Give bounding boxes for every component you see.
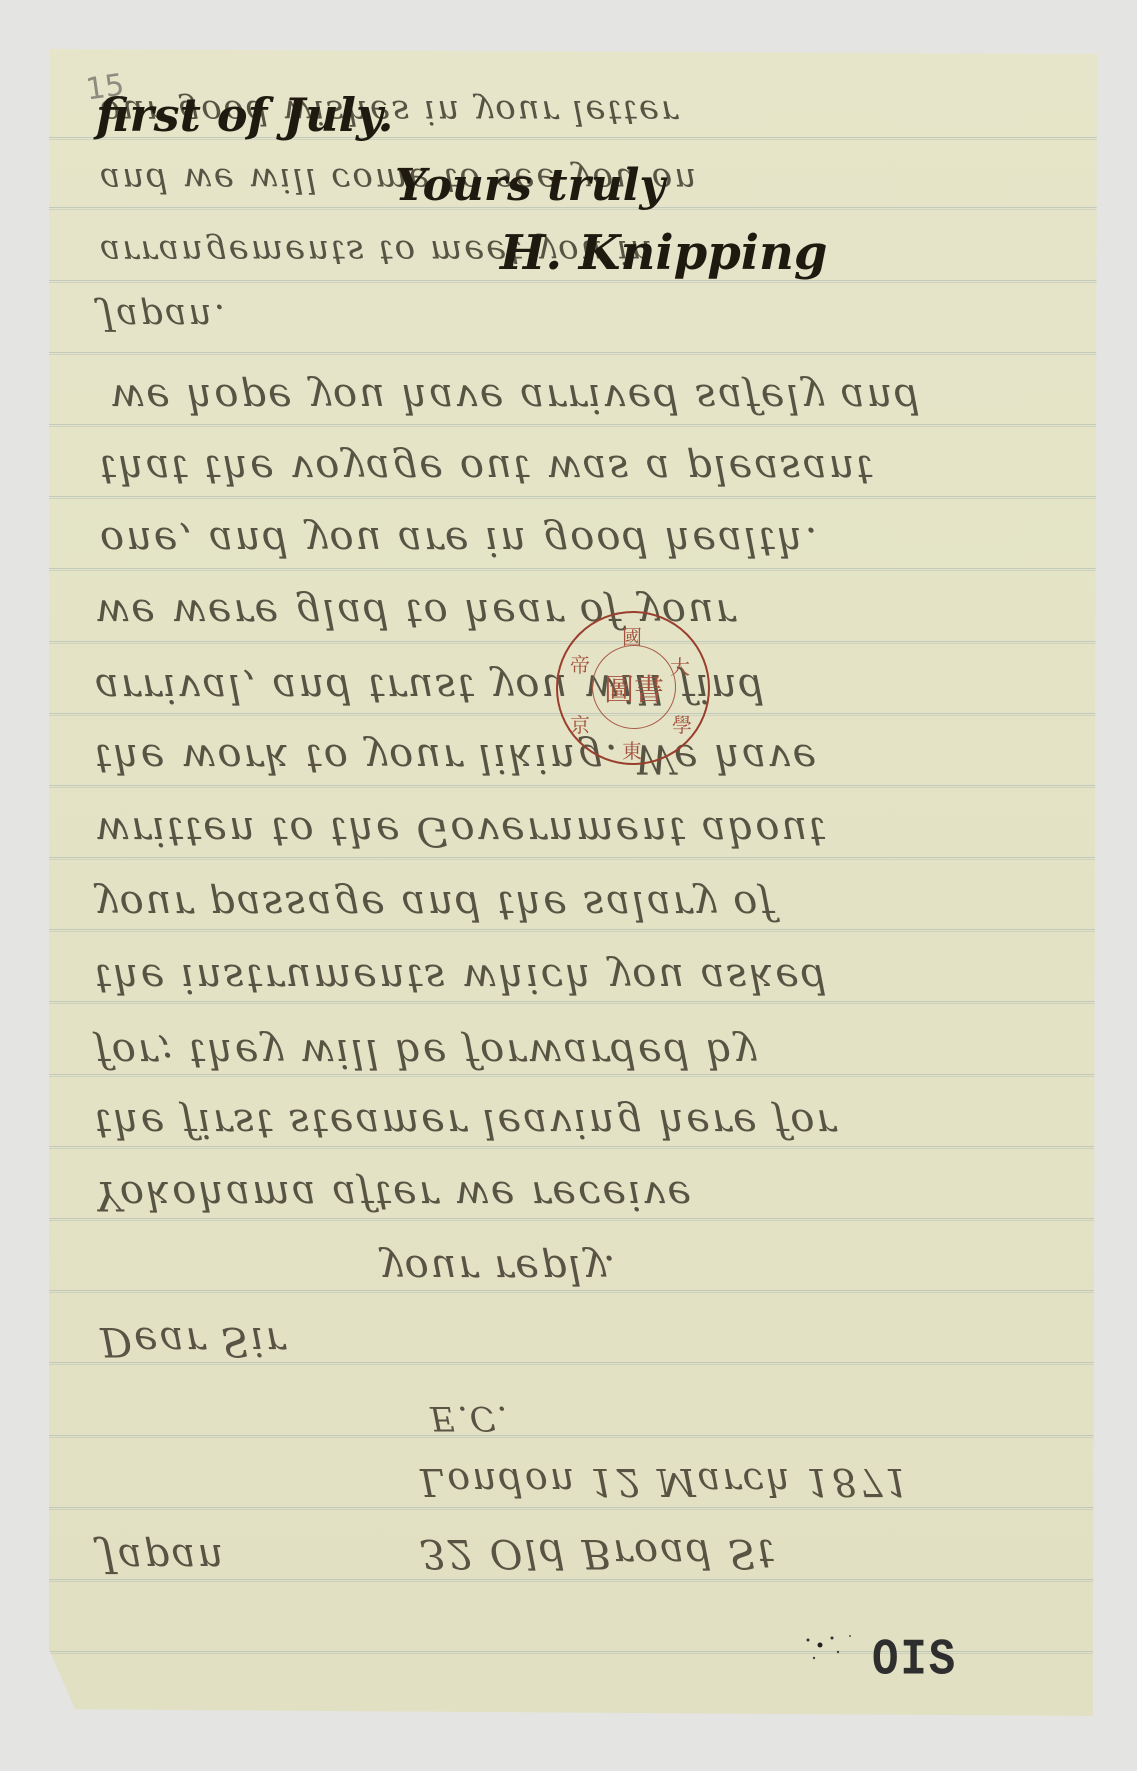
reversed-line: one, and you are in good health. — [100, 518, 819, 564]
reversed-street-address: 32 Old Broad St — [420, 1530, 776, 1576]
reversed-line: your reply. — [380, 1246, 617, 1292]
reversed-line: Yokohama after we receive — [95, 1172, 693, 1218]
reversed-line: that the voyage out was a pleasant — [100, 446, 874, 492]
reversed-line: your passage and the salary of — [95, 882, 776, 928]
ruled-line — [49, 352, 1097, 353]
library-seal: 國 大 學 京 帝 東 圖書 — [556, 611, 710, 765]
ruled-line — [49, 1146, 1097, 1147]
seal-char: 學 — [672, 709, 692, 738]
reversed-line: we hope you have arrived safely and — [110, 375, 922, 421]
ruled-line — [49, 1218, 1097, 1219]
reversed-line: Dear Sir — [100, 1318, 287, 1364]
signature: H. Knipping — [500, 225, 827, 281]
catalog-number: OIS — [872, 1632, 957, 1690]
reversed-line: for; they will be forwarded by — [95, 1030, 758, 1076]
ruled-line — [49, 1001, 1097, 1002]
ruled-line — [49, 857, 1097, 858]
seal-char: 京 — [570, 709, 590, 738]
reversed-margin-note: Japan — [100, 1535, 225, 1581]
seal-char: 東 — [622, 735, 642, 764]
reversed-line: written to the Government about — [95, 808, 827, 854]
ruled-line — [49, 496, 1097, 497]
reversed-line: the instruments which you asked — [95, 955, 829, 1001]
ruled-line — [49, 929, 1097, 930]
ruled-line — [49, 785, 1097, 786]
reversed-line: Japan. — [100, 296, 227, 337]
closing-yours-truly: Yours truly — [395, 160, 665, 211]
ink-specks — [800, 1630, 860, 1670]
reversed-city-date: London 12 March 1871 — [420, 1460, 911, 1504]
ruled-line — [49, 1507, 1097, 1508]
ruled-line — [49, 568, 1097, 569]
closing-line-first-of-july: first of July. — [96, 88, 393, 142]
seal-inner-circle: 圖書 — [592, 645, 676, 729]
reversed-line: the work to your liking. We have — [95, 735, 818, 781]
ruled-line — [49, 424, 1097, 425]
reversed-line: the first steamer leaving here for — [95, 1100, 838, 1146]
seal-char: 帝 — [570, 649, 590, 678]
ruled-line — [49, 1435, 1097, 1436]
reversed-postal-district: E.C. — [430, 1398, 509, 1438]
